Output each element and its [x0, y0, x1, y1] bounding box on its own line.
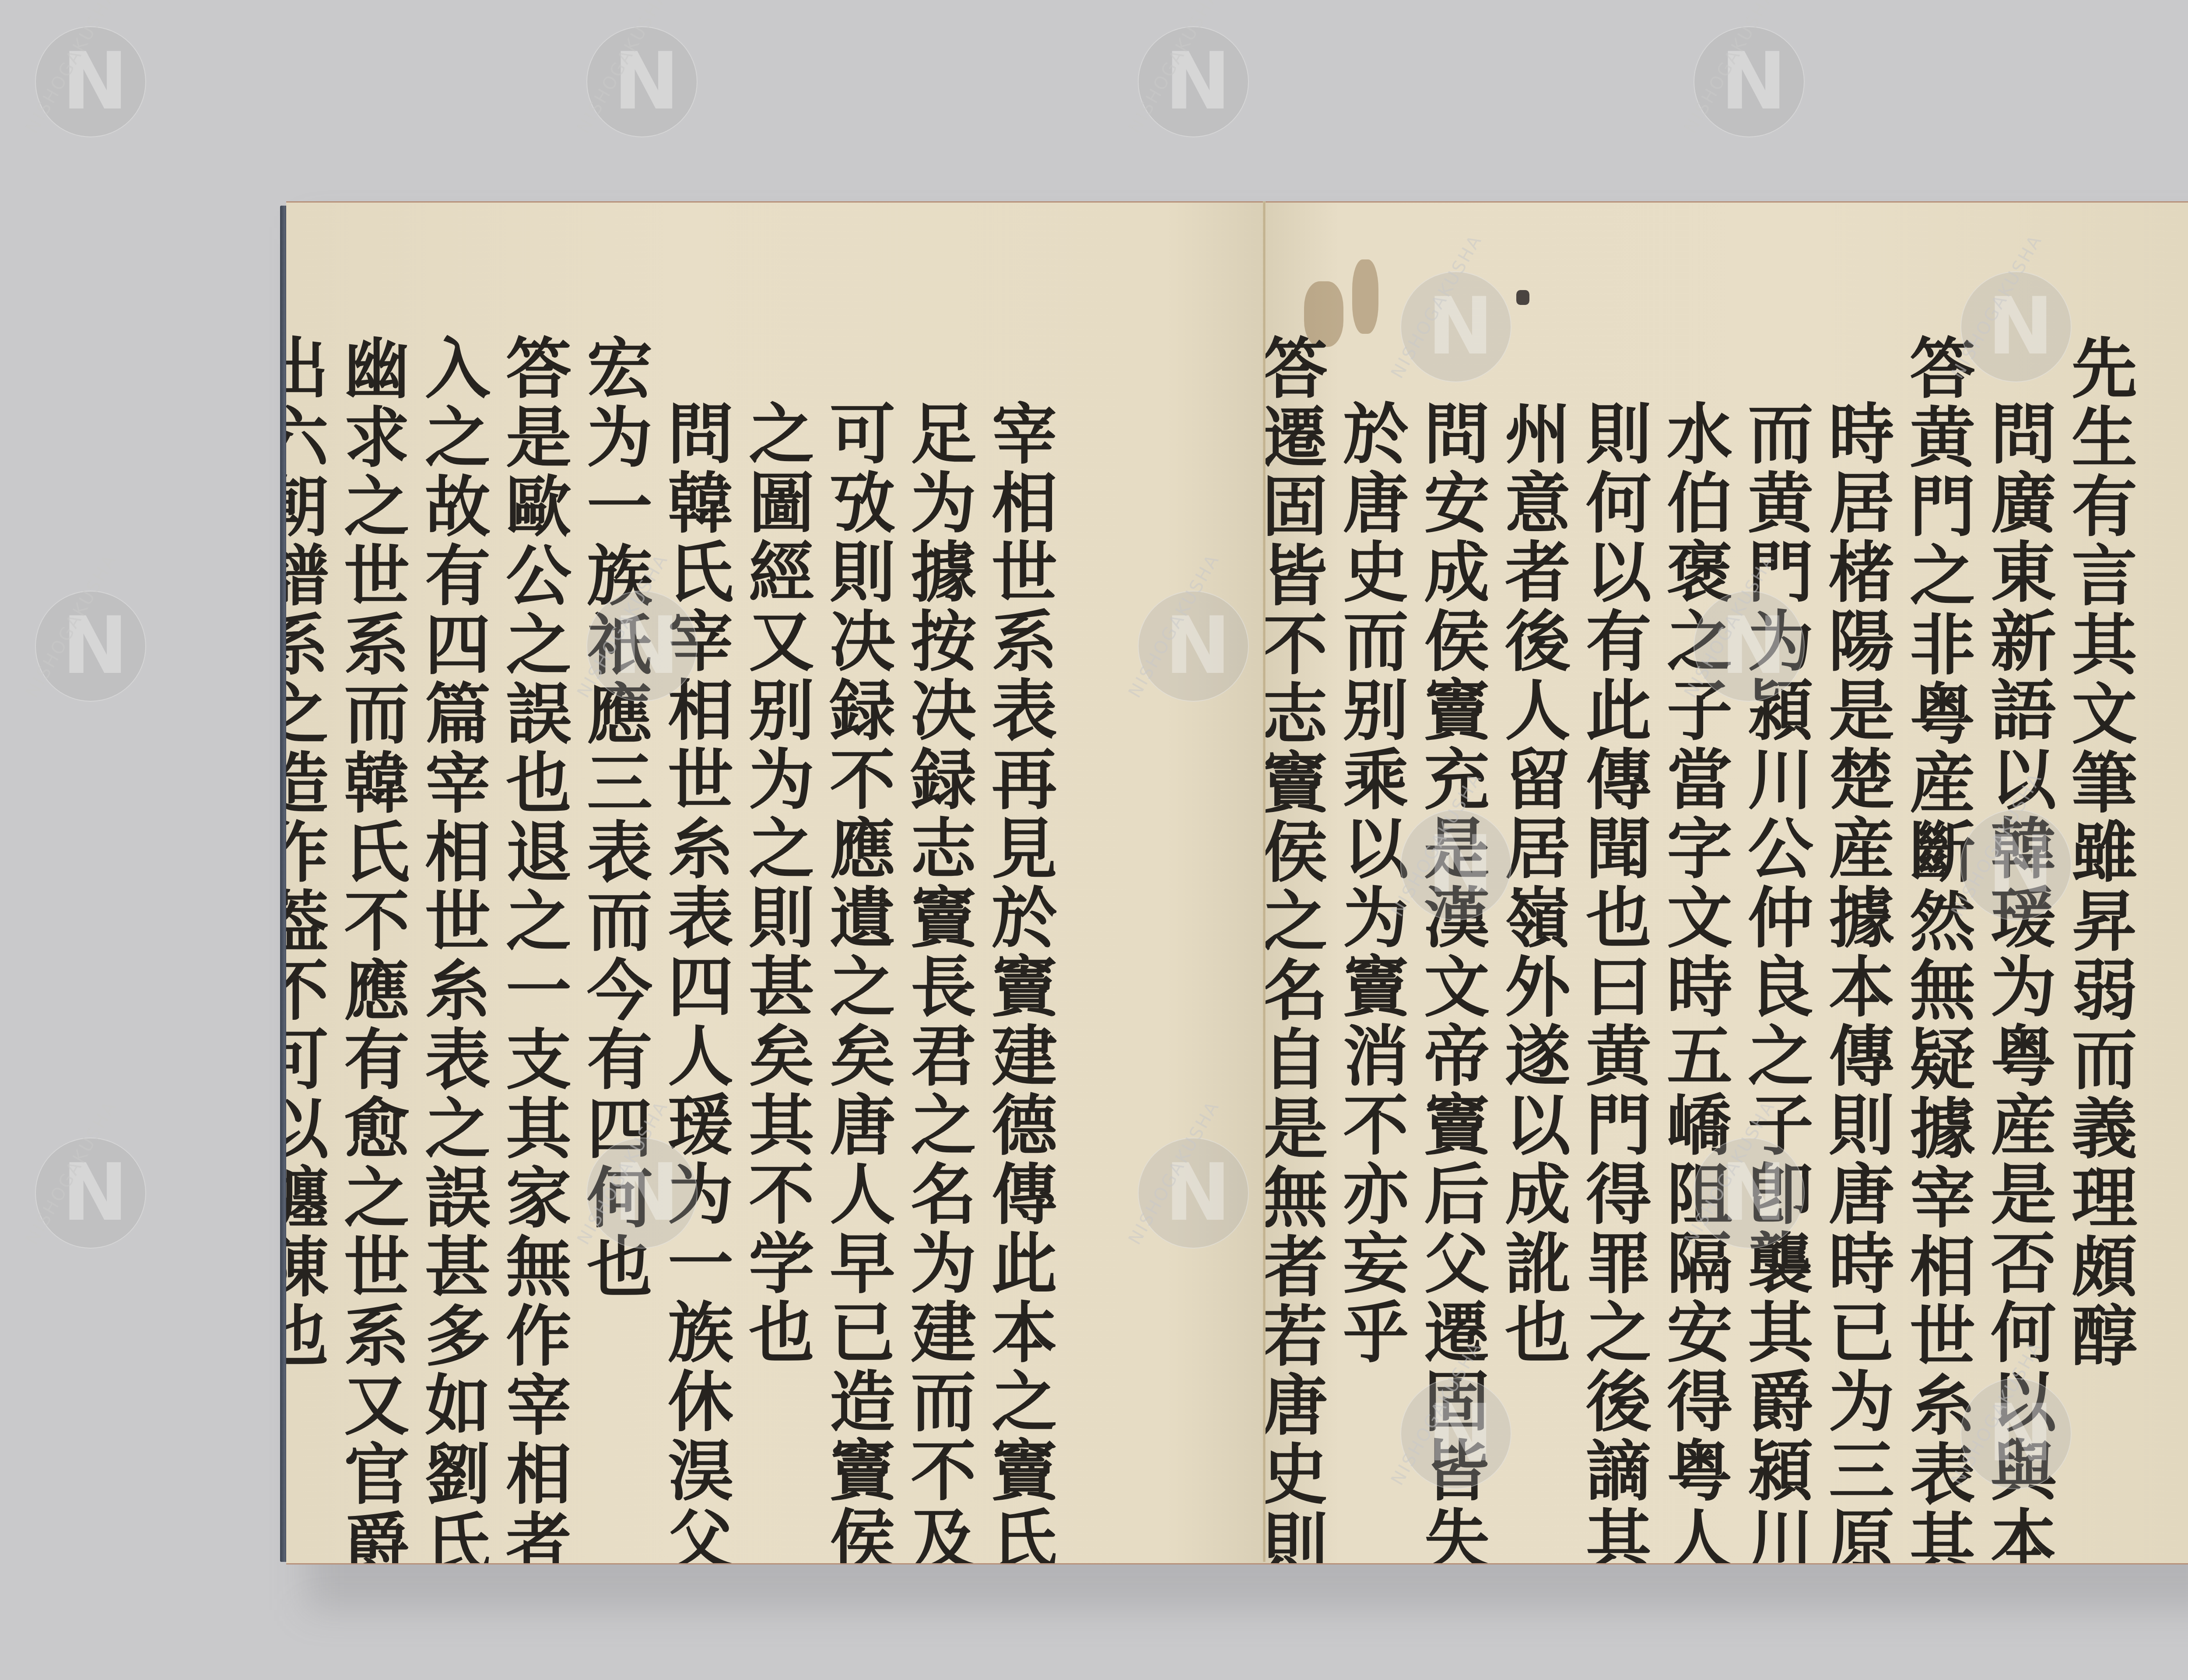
ink-spot	[1516, 290, 1529, 305]
text-column: 足为據按决録志竇長君之名为建而不及其父使有	[897, 334, 978, 1559]
text-column: 問韓氏宰相世糸表四人瑗为一族休淏父子为一族	[654, 334, 735, 1559]
text-column: 答是歐公之誤也退之一支其家無作宰相者而今亦	[492, 334, 573, 1493]
text-column: 幽求之世系而韓氏不應有愈之世系又官爵名字多	[330, 334, 411, 1493]
text-column: 入之故有四篇宰相世糸表之誤甚多如劉氏則失去	[411, 334, 492, 1493]
text-column: 州意者後人留居嶺外遂以成訛也	[1491, 334, 1572, 1559]
text-column: 先生有言其文筆雖昇弱而義理頗醇	[2058, 334, 2139, 1493]
book-gutter	[1263, 201, 1266, 1562]
text-column: 時居楮陽是楚産據本傳則唐時已为三原人是秦産	[1815, 334, 1896, 1559]
text-column: 答遷固皆不志竇侯之名自是無者若唐史則一見於	[1265, 334, 1329, 1493]
text-column: 水伯褒之子當字文時五嶠阻隔安得粤人北仕者然	[1653, 334, 1734, 1559]
text-column: 出六朝譜系之造作葢不可以纏陳也	[286, 334, 330, 1493]
binding-stain	[1352, 259, 1378, 334]
text-column: 可攷則决録不應遺之矣唐人早已造竇侯之名而采	[816, 334, 897, 1559]
text-column: 宏为一族祇應三表而今有四何也	[573, 334, 654, 1493]
text-column: 而黄門为潁川公仲良之子卽襲其爵潁川为後周三	[1734, 334, 1815, 1559]
text-column: 宰相世系表再見於竇建德傳此本之竇氏世譜而不	[978, 334, 1059, 1559]
left-page: 宰相世系表再見於竇建德傳此本之竇氏世譜而不足为據按决録志竇長君之名为建而不及其父…	[286, 201, 1265, 1564]
text-column: 則何以有此傳聞也曰黄門得罪之後謫其子孫於廣	[1572, 334, 1653, 1559]
open-book: 宰相世系表再見於竇建德傳此本之竇氏世譜而不足为據按决録志竇長君之名为建而不及其父…	[280, 201, 2188, 1564]
left-page-text: 宰相世系表再見於竇建德傳此本之竇氏世譜而不足为據按决録志竇長君之名为建而不及其父…	[286, 334, 1059, 1559]
text-column: 於唐史而别乘以为竇消不亦妄乎	[1329, 334, 1410, 1559]
text-column: 之圖經又别为之則甚矣其不学也	[735, 334, 816, 1559]
